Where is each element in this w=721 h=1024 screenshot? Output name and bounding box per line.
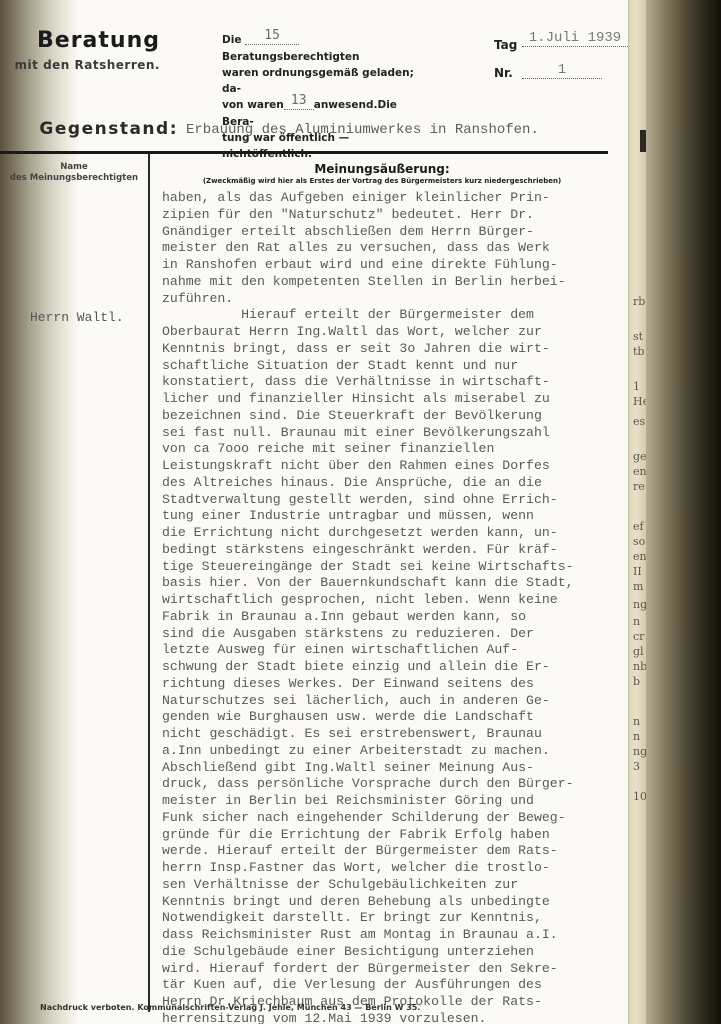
body-line: sen Verhältnisse der Schulgebäulichkeite… bbox=[162, 877, 632, 894]
adjacent-page-edge bbox=[628, 0, 646, 1024]
body-line: Hierauf erteilt der Bürgermeister dem bbox=[162, 307, 632, 324]
publisher-footer: Nachdruck verboten. Kommunalschriften-Ve… bbox=[0, 1003, 640, 1012]
body-line: die Errichtung nicht durchgesetzt werden… bbox=[162, 525, 632, 542]
body-line: Stadtverwaltung gestellt werden, sind oh… bbox=[162, 492, 632, 509]
body-line: herrensitzung vom 12.Mai 1939 vorzulesen… bbox=[162, 1011, 632, 1024]
body-line: des Altreiches hinaus. Die Ansprüche, di… bbox=[162, 475, 632, 492]
adjacent-page-glyph: en bbox=[633, 550, 647, 563]
minutes-body-text: haben, als das Aufgeben einiger kleinlic… bbox=[162, 190, 632, 1024]
adjacent-page-glyph: 10 bbox=[633, 790, 647, 803]
body-line: schaftliche Situation der Stadt kennt un… bbox=[162, 358, 632, 375]
subject-label: Gegenstand: bbox=[0, 119, 178, 139]
attendance-line-1: Die 15 Beratungsberechtigten bbox=[222, 32, 422, 65]
adjacent-page-glyph: rb bbox=[633, 295, 645, 308]
adjacent-page-glyph: st bbox=[633, 330, 643, 343]
name-column-header: Name des Meinungsberechtigten bbox=[0, 162, 148, 184]
body-line: Leistungskraft nicht über den Rahmen ein… bbox=[162, 458, 632, 475]
form-title: Beratung bbox=[0, 28, 160, 53]
attendance-block: Die 15 Beratungsberechtigten waren ordnu… bbox=[222, 32, 422, 162]
body-line: sind die Ausgaben stärkstens zu reduzier… bbox=[162, 626, 632, 643]
present-count-field: 13 bbox=[284, 93, 314, 110]
invited-count-field: 15 bbox=[245, 28, 299, 45]
body-line: schwung der Stadt biete einzig und allei… bbox=[162, 659, 632, 676]
body-line: konstatiert, dass die Verhältnisse in wi… bbox=[162, 374, 632, 391]
scanned-document-page: Beratung mit den Ratsherren. Die 15 Bera… bbox=[0, 0, 721, 1024]
body-line: Gnändiger erteilt abschließen dem Herrn … bbox=[162, 224, 632, 241]
body-line: wird. Hierauf fordert der Bürgermeister … bbox=[162, 961, 632, 978]
body-line: Notwendigkeit darstellt. Er bringt zur K… bbox=[162, 910, 632, 927]
body-line: nahme mit den kompetenten Stellen in Ber… bbox=[162, 274, 632, 291]
body-line: tige Steuereingänge der Stadt sei keine … bbox=[162, 559, 632, 576]
adjacent-page-glyph: gl bbox=[633, 645, 644, 658]
body-line: licher und finanzieller Hinsicht als mis… bbox=[162, 391, 632, 408]
body-line: druck, dass persönliche Vorsprache durch… bbox=[162, 776, 632, 793]
body-line: haben, als das Aufgeben einiger kleinlic… bbox=[162, 190, 632, 207]
attendance-line-2: waren ordnungsgemäß geladen; da- bbox=[222, 65, 422, 97]
body-line: tär Kuen auf, die Verlesung der Ausführu… bbox=[162, 977, 632, 994]
body-line: Abschließend gibt Ing.Waltl seiner Meinu… bbox=[162, 760, 632, 777]
adjacent-page-glyph: n bbox=[633, 730, 640, 743]
body-line: Oberbaurat Herrn Ing.Waltl das Wort, wel… bbox=[162, 324, 632, 341]
body-line: Kenntnis bringt und deren Behebung als u… bbox=[162, 894, 632, 911]
body-line: herrn Insp.Fastner das Wort, welcher die… bbox=[162, 860, 632, 877]
body-line: die Schulgebäude einer Besichtigung unte… bbox=[162, 944, 632, 961]
body-line: a.Inn unbedingt zu einer Arbeiterstadt z… bbox=[162, 743, 632, 760]
struck-option: nichtöffentlich bbox=[222, 148, 308, 160]
body-line: bezeichnen sind. Die Steuerkraft der Bev… bbox=[162, 408, 632, 425]
adjacent-page-glyph: re bbox=[633, 480, 645, 493]
adjacent-page-glyph: ge bbox=[633, 450, 647, 463]
body-line: Naturschutzes sei lächerlich, auch in an… bbox=[162, 693, 632, 710]
body-line: richtung dieses Werkes. Der Einwand seit… bbox=[162, 676, 632, 693]
date-label: Tag bbox=[494, 38, 517, 52]
adjacent-page-glyph: tb bbox=[633, 345, 644, 358]
number-field: 1 bbox=[522, 62, 602, 79]
column-divider bbox=[148, 154, 150, 1012]
body-line: meister den Rat alles zu versuchen, dass… bbox=[162, 240, 632, 257]
header-rule bbox=[0, 151, 608, 154]
adjacent-page-glyph: n bbox=[633, 615, 640, 628]
body-line: Fabrik in Braunau a.Inn gebaut werden ka… bbox=[162, 609, 632, 626]
speaker-name: Herrn Waltl. bbox=[30, 310, 124, 325]
body-line: gründe für die Errichtung der Fabrik Erf… bbox=[162, 827, 632, 844]
adjacent-page-glyph: n bbox=[633, 715, 640, 728]
adjacent-page-glyph: b bbox=[633, 675, 640, 688]
subject-value: Erbauung des Aluminiumwerkes in Ranshofe… bbox=[186, 122, 539, 138]
body-line: werde. Hierauf erteilt der Bürgermeister… bbox=[162, 843, 632, 860]
number-label: Nr. bbox=[494, 66, 513, 80]
body-line: nicht geschädigt. Es sei erstrebenswert,… bbox=[162, 726, 632, 743]
body-line: Funk sicher nach eingehender Schilderung… bbox=[162, 810, 632, 827]
adjacent-page-glyph: so bbox=[633, 535, 645, 548]
adjacent-page-glyph: ef bbox=[633, 520, 644, 533]
body-line: wirtschaftlich gesprochen, nicht leben. … bbox=[162, 592, 632, 609]
body-line: meister in Berlin bei Reichsminister Gör… bbox=[162, 793, 632, 810]
body-line: sei fast null. Braunau mit einer Bevölke… bbox=[162, 425, 632, 442]
opinion-column-subheader: (Zweckmäßig wird hier als Erstes der Vor… bbox=[152, 177, 612, 185]
body-line: dass Reichsminister Rust am Montag in Br… bbox=[162, 927, 632, 944]
adjacent-page-glyph: es bbox=[633, 415, 645, 428]
adjacent-page-glyph: 1 bbox=[633, 380, 640, 393]
body-line: Kenntnis bringt, dass er seit 3o Jahren … bbox=[162, 341, 632, 358]
adjacent-page-glyph: 3 bbox=[633, 760, 640, 773]
body-line: von ca 7ooo reiche mit seiner finanziell… bbox=[162, 441, 632, 458]
body-line: zipien für den "Naturschutz" bedeutet. H… bbox=[162, 207, 632, 224]
body-line: genden wie Burghausen usw. werde die Lan… bbox=[162, 709, 632, 726]
adjacent-page-glyph: II bbox=[633, 565, 642, 578]
body-line: bedingt stärkstens eingeschränkt werden.… bbox=[162, 542, 632, 559]
binding-shadow-right bbox=[646, 0, 721, 1024]
adjacent-page-glyph: en bbox=[633, 465, 647, 478]
opinion-column-header: Meinungsäußerung: bbox=[152, 162, 612, 176]
form-subtitle: mit den Ratsherren. bbox=[0, 58, 160, 72]
body-line: zuführen. bbox=[162, 291, 632, 308]
body-line: in Ranshofen erbaut wird und eine direkt… bbox=[162, 257, 632, 274]
body-line: letzte Ausweg für einen wirtschaftlichen… bbox=[162, 642, 632, 659]
body-line: basis hier. Von der Bauernkundschaft kan… bbox=[162, 575, 632, 592]
body-line: tung einer Industrie untragbar und müsse… bbox=[162, 508, 632, 525]
adjacent-page-glyph: m bbox=[633, 580, 643, 593]
adjacent-page-glyph: cr bbox=[633, 630, 644, 643]
date-field: 1.Juli 1939 bbox=[522, 30, 628, 47]
